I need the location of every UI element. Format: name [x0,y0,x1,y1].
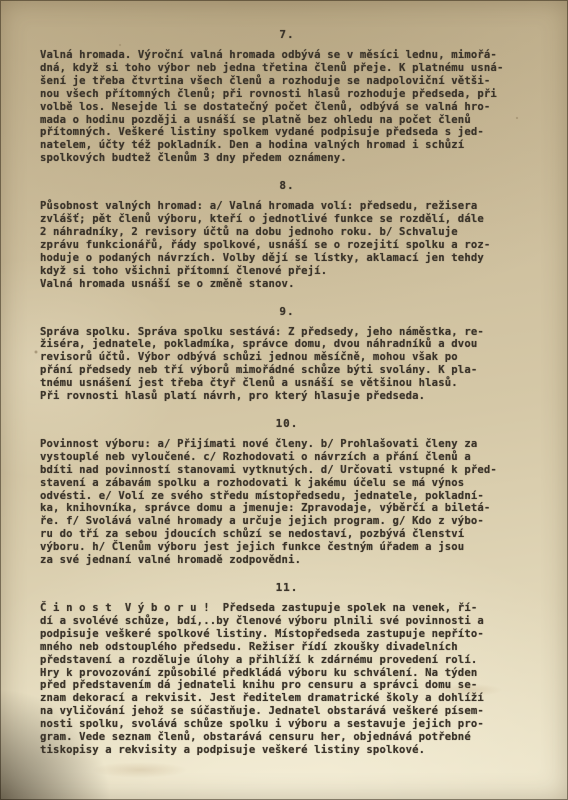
section-text: Valná hromada. Výroční valná hromada odb… [40,49,534,165]
section-9: 9. Správa spolku. Správa spolku sestává:… [40,305,534,403]
section-10: 10. Povinnost výboru: a/ Přijímati nové … [40,417,534,567]
section-number: 10. [40,417,534,430]
section-11: 11. Č i n o s t V ý b o r u ! Předseda z… [40,581,534,757]
section-number: 8. [40,179,534,192]
page-content: 7. Valná hromada. Výroční valná hromada … [0,0,568,757]
section-8: 8. Působnost valných hromad: a/ Valná hr… [40,179,534,290]
section-text: Působnost valných hromad: a/ Valná hroma… [40,200,534,290]
section-number: 11. [40,581,534,594]
typewritten-page: 7. Valná hromada. Výroční valná hromada … [0,0,568,800]
section-number: 7. [40,28,534,41]
section-text: Č i n o s t V ý b o r u ! Předseda zastu… [40,602,534,757]
section-text: Správa spolku. Správa spolku sestává: Z … [40,326,534,403]
section-number: 9. [40,305,534,318]
section-7: 7. Valná hromada. Výroční valná hromada … [40,28,534,165]
section-text: Povinnost výboru: a/ Přijímati nové člen… [40,438,534,567]
